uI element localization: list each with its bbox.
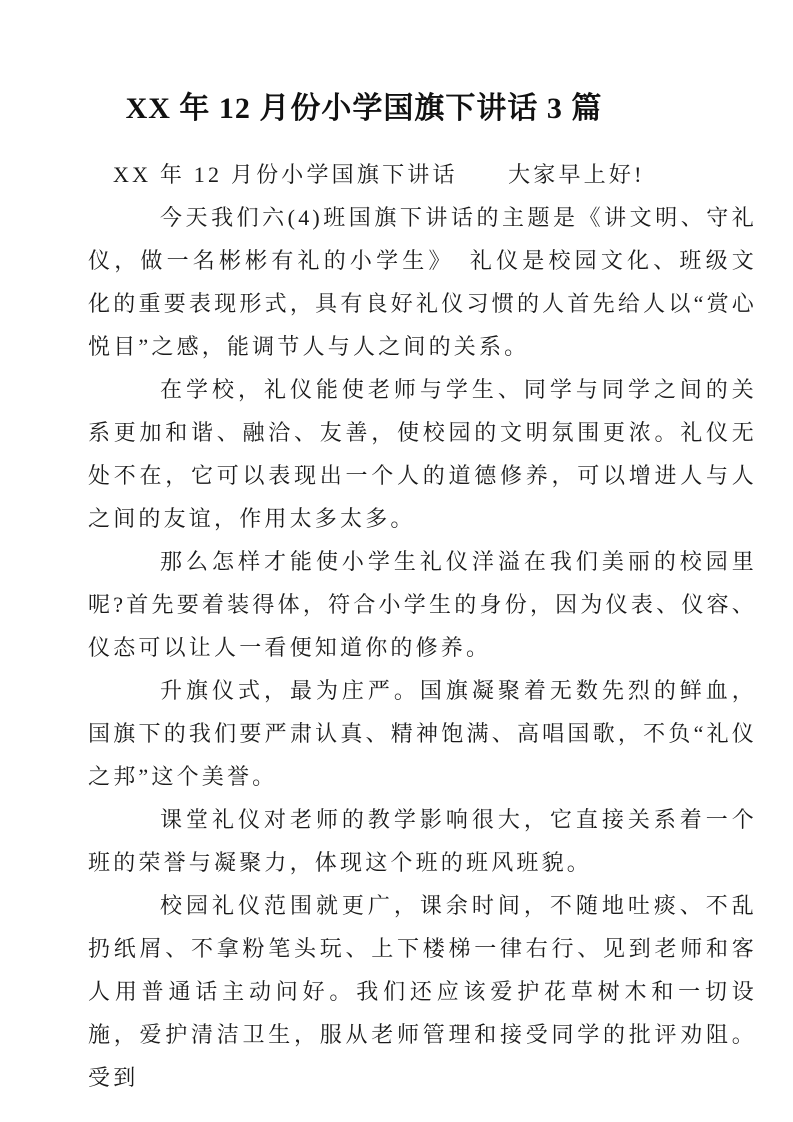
paragraph-class-etiquette: 课堂礼仪对老师的教学影响很大，它直接关系着一个班的荣誉与凝聚力，体现这个班的班风… [88,798,757,884]
title-container: XX 年 12 月份小学国旗下讲话 3 篇 [0,0,728,130]
paragraph-greeting: XX 年 12 月份小学国旗下讲话 大家早上好! [88,153,757,196]
paragraph-how-to: 那么怎样才能使小学生礼仪洋溢在我们美丽的校园里呢?首先要着装得体，符合小学生的身… [88,540,757,669]
document-page: XX 年 12 月份小学国旗下讲话 3 篇 XX 年 12 月份小学国旗下讲话 … [0,0,793,1122]
document-body: XX 年 12 月份小学国旗下讲话 大家早上好! 今天我们六(4)班国旗下讲话的… [88,153,757,1099]
document-title: XX 年 12 月份小学国旗下讲话 3 篇 [0,88,728,130]
paragraph-theme: 今天我们六(4)班国旗下讲话的主题是《讲文明、守礼仪，做一名彬彬有礼的小学生》 … [88,196,757,368]
paragraph-school-etiquette: 在学校，礼仪能使老师与学生、同学与同学之间的关系更加和谐、融洽、友善，使校园的文… [88,368,757,540]
paragraph-flag-ceremony: 升旗仪式，最为庄严。国旗凝聚着无数先烈的鲜血，国旗下的我们要严肃认真、精神饱满、… [88,669,757,798]
paragraph-campus-etiquette: 校园礼仪范围就更广，课余时间，不随地吐痰、不乱扔纸屑、不拿粉笔头玩、上下楼梯一律… [88,884,757,1099]
